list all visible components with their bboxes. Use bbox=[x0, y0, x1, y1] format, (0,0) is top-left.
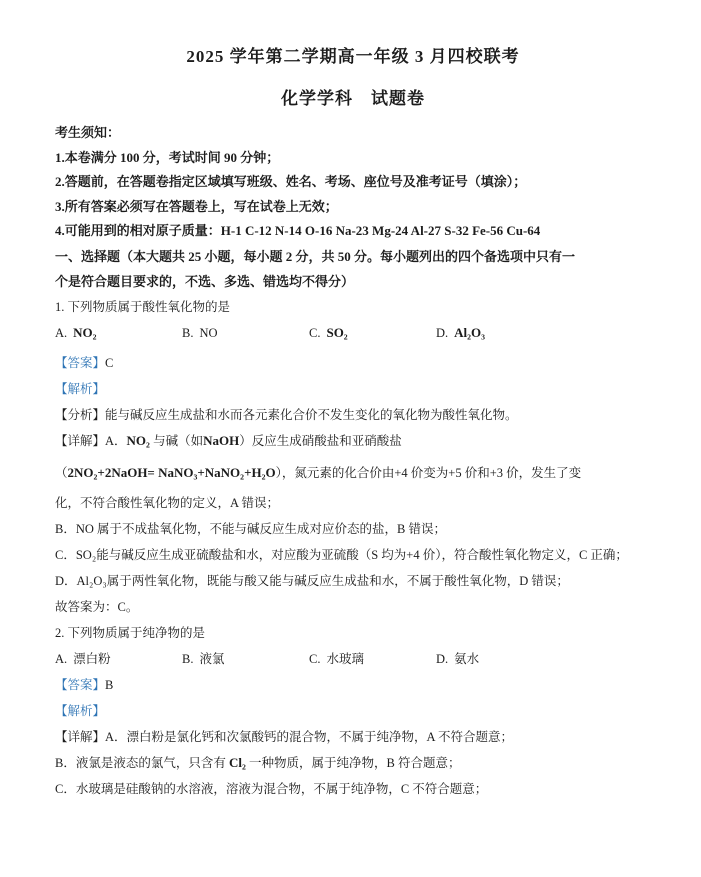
question-1-detail-d-line: D．Al₂O₃属于两性氧化物，既能与酸又能与碱反应生成盐和水，不属于酸性氧化物，… bbox=[55, 568, 651, 594]
question-2-option-a: A.漂白粉 bbox=[55, 646, 182, 672]
notice-line-2: 2.答题前，在答题卷指定区域填写班级、姓名、考场、座位号及准考证号（填涂）； bbox=[55, 170, 651, 195]
atomic-mass-label: 4.可能用到的相对原子质量： bbox=[55, 223, 221, 238]
detail-d-pre: D． bbox=[55, 574, 77, 588]
option-d-label: D. bbox=[436, 652, 448, 666]
question-1-analysis-heading: 【解析】 bbox=[55, 376, 651, 402]
question-1-equation-line: （2NO₂+2NaOH= NaNO₃+NaNO₂+H₂O），氮元素的化合价由+4… bbox=[55, 460, 651, 486]
exam-title: 2025 学年第二学期高一年级 3 月四校联考 bbox=[55, 42, 651, 67]
notice-line-1: 1.本卷满分 100 分，考试时间 90 分钟； bbox=[55, 146, 651, 171]
detail-d-formula: Al₂O₃ bbox=[77, 574, 107, 588]
question-2-options: A.漂白粉 B.液氯 C.水玻璃 D.氨水 bbox=[55, 646, 651, 672]
equation-explanation: 氮元素的化合价由+4 价变为+5 价和+3 价，发生了变 bbox=[294, 466, 581, 480]
question-1-continuation-line: 化，不符合酸性氧化物的定义，A 错误； bbox=[55, 490, 651, 516]
detail-c-formula: SO₂ bbox=[76, 548, 96, 562]
option-c-formula: SO₂ bbox=[326, 325, 347, 340]
answer-tag: 【答案】 bbox=[55, 678, 105, 692]
detail-label: 【详解】 bbox=[55, 730, 105, 744]
question-1-analysis-line: 【分析】能与碱反应生成盐和水而各元素化合价不发生变化的氧化物为酸性氧化物。 bbox=[55, 402, 651, 428]
detail-a-text: A．漂白粉是氯化钙和次氯酸钙的混合物，不属于纯净物，A 不符合题意； bbox=[105, 730, 513, 744]
option-c-label: C. bbox=[309, 652, 320, 666]
exam-subtitle: 化学学科 试题卷 bbox=[55, 84, 651, 109]
detail-c-pre: C． bbox=[55, 548, 76, 562]
option-d-label: D. bbox=[436, 326, 448, 340]
option-a-text: 漂白粉 bbox=[73, 652, 111, 666]
question-1-option-b: B.NO bbox=[182, 320, 309, 346]
equation-close-paren: ）， bbox=[276, 466, 295, 480]
question-2-stem: 2. 下列物质属于纯净物的是 bbox=[55, 620, 651, 646]
option-c-label: C. bbox=[309, 326, 320, 340]
question-2-detail-a-line: 【详解】A．漂白粉是氯化钙和次氯酸钙的混合物，不属于纯净物，A 不符合题意； bbox=[55, 724, 651, 750]
detail-b-formula: Cl₂ bbox=[229, 755, 246, 770]
chemical-equation: 2NO₂+2NaOH= NaNO₃+NaNO₂+H₂O bbox=[68, 465, 276, 480]
detail-a-post: ）反应生成硝酸盐和亚硝酸盐 bbox=[239, 434, 402, 448]
notice-line-4: 4.可能用到的相对原子质量：H-1 C-12 N-14 O-16 Na-23 M… bbox=[55, 219, 651, 244]
notice-line-3: 3.所有答案必须写在答题卷上，写在试卷上无效； bbox=[55, 195, 651, 220]
option-a-formula: NO₂ bbox=[73, 325, 96, 340]
question-1-stem: 1. 下列物质属于酸性氧化物的是 bbox=[55, 294, 651, 320]
exam-document-page: 2025 学年第二学期高一年级 3 月四校联考 化学学科 试题卷 考生须知： 1… bbox=[0, 0, 701, 877]
equation-open-paren: （ bbox=[55, 466, 68, 480]
detail-b-post: 一种物质，属于纯净物，B 符合题意； bbox=[246, 756, 461, 770]
option-b-label: B. bbox=[182, 652, 193, 666]
question-1-options: A.NO₂ B.NO C.SO₂ D.Al₂O₃ bbox=[55, 320, 651, 346]
option-b-text: 液氯 bbox=[199, 652, 224, 666]
question-1-option-d: D.Al₂O₃ bbox=[436, 320, 485, 346]
detail-a-mid: 与碱（如 bbox=[150, 434, 203, 448]
detail-label: 【详解】 bbox=[55, 434, 105, 448]
option-a-label: A. bbox=[55, 652, 67, 666]
option-b-label: B. bbox=[182, 326, 193, 340]
option-a-label: A. bbox=[55, 326, 67, 340]
detail-a-formula-1: NO₂ bbox=[127, 433, 150, 448]
answer-tag: 【答案】 bbox=[55, 356, 105, 370]
question-1-answer-value: C bbox=[105, 356, 113, 370]
question-2-option-c: C.水玻璃 bbox=[309, 646, 436, 672]
notice-heading: 考生须知： bbox=[55, 121, 651, 146]
question-2-detail-b-line: B．液氯是液态的氯气，只含有 Cl₂ 一种物质，属于纯净物，B 符合题意； bbox=[55, 750, 651, 776]
detail-a-pre: A． bbox=[105, 434, 127, 448]
detail-d-post: 属于两性氧化物，既能与酸又能与碱反应生成盐和水，不属于酸性氧化物，D 错误； bbox=[107, 574, 569, 588]
question-1-analysis-text: 能与碱反应生成盐和水而各元素化合价不发生变化的氧化物为酸性氧化物。 bbox=[105, 408, 518, 422]
option-b-formula: NO bbox=[199, 326, 217, 340]
question-1-option-c: C.SO₂ bbox=[309, 320, 436, 346]
option-d-formula: Al₂O₃ bbox=[454, 325, 485, 340]
question-1-detail-a-line: 【详解】A．NO₂ 与碱（如NaOH）反应生成硝酸盐和亚硝酸盐 bbox=[55, 428, 651, 454]
analysis-tag: 【解析】 bbox=[55, 382, 105, 396]
option-d-text: 氨水 bbox=[454, 652, 479, 666]
section-heading-line-1: 一、选择题（本大题共 25 小题，每小题 2 分，共 50 分。每小题列出的四个… bbox=[55, 244, 651, 269]
question-1-detail-c-line: C．SO₂能与碱反应生成亚硫酸盐和水，对应酸为亚硫酸（S 均为+4 价），符合酸… bbox=[55, 542, 651, 568]
atomic-mass-values: H-1 C-12 N-14 O-16 Na-23 Mg-24 Al-27 S-3… bbox=[221, 223, 541, 238]
analysis-tag: 【解析】 bbox=[55, 704, 105, 718]
detail-c-post: 能与碱反应生成亚硫酸盐和水，对应酸为亚硫酸（S 均为+4 价），符合酸性氧化物定… bbox=[96, 548, 628, 562]
question-2-detail-c-line: C．水玻璃是硅酸钠的水溶液，溶液为混合物，不属于纯净物，C 不符合题意； bbox=[55, 776, 651, 802]
detail-b-pre: B．液氯是液态的氯气，只含有 bbox=[55, 756, 229, 770]
question-1-option-a: A.NO₂ bbox=[55, 320, 182, 346]
question-2-analysis-heading: 【解析】 bbox=[55, 698, 651, 724]
option-c-text: 水玻璃 bbox=[326, 652, 364, 666]
analysis-label: 【分析】 bbox=[55, 408, 105, 422]
question-2-option-d: D.氨水 bbox=[436, 646, 479, 672]
question-2-option-b: B.液氯 bbox=[182, 646, 309, 672]
question-2-answer-line: 【答案】B bbox=[55, 672, 651, 698]
question-1-conclusion-line: 故答案为：C。 bbox=[55, 594, 651, 620]
section-heading-line-2: 个是符合题目要求的，不选、多选、错选均不得分） bbox=[55, 269, 651, 294]
detail-a-formula-2: NaOH bbox=[203, 433, 239, 448]
question-1-answer-line: 【答案】C bbox=[55, 350, 651, 376]
question-2-answer-value: B bbox=[105, 678, 113, 692]
question-1-detail-b-line: B．NO 属于不成盐氧化物，不能与碱反应生成对应价态的盐，B 错误； bbox=[55, 516, 651, 542]
